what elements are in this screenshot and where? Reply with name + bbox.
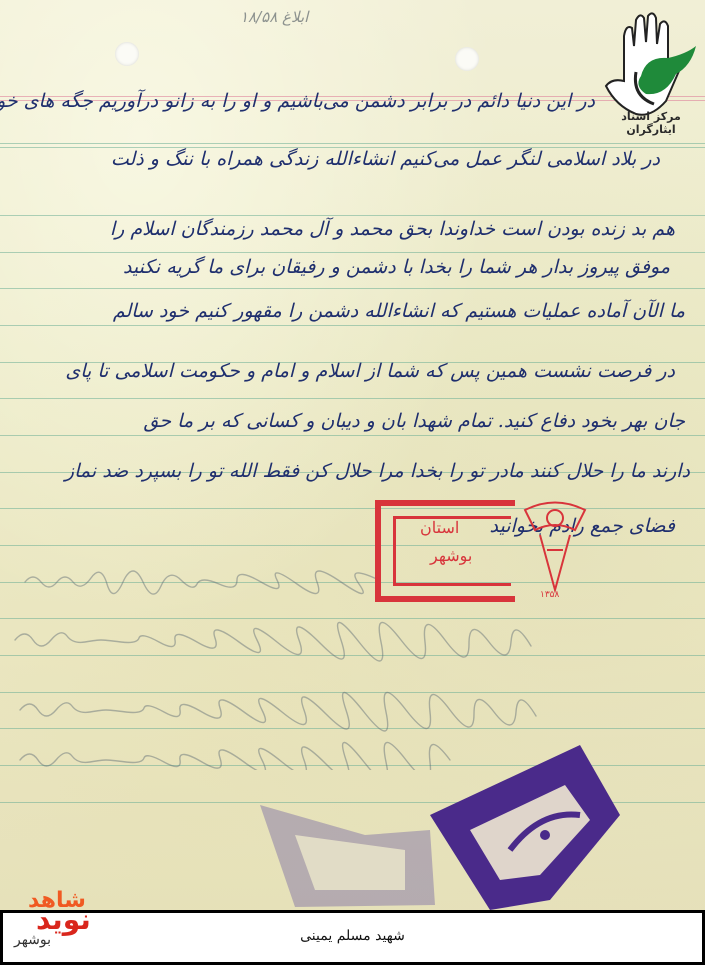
handwritten-line: در این دنیا دائم در برابر دشمن می‌باشیم … [0,90,595,112]
ruled-line [0,215,705,216]
brand-line-3: بوشهر [14,932,51,948]
ruled-line [0,143,705,144]
purple-stamp [430,740,630,910]
logo-caption: مرکز اسناد ایثارگران [598,110,704,136]
handwritten-line: هم بد زنده بودن است خداوندا بحق محمد و آ… [110,218,675,240]
brand-line-2: نوید [36,906,91,934]
handwritten-line: در فرصت نشست همین پس که شما از اسلام و ا… [65,360,675,382]
handwritten-line: در بلاد اسلامی لنگر عمل می‌کنیم انشاءالل… [111,148,660,170]
red-stamp: استان بوشهر ۱۳۵۸ [375,490,600,610]
handwritten-line: دارند ما را حلال کنند مادر تو را بخدا مر… [65,460,690,482]
page: ابلاغ ۱۸/۵۸ در این دنیا دائم در برابر دش… [0,0,705,965]
letter-scan: ابلاغ ۱۸/۵۸ در این دنیا دائم در برابر دش… [0,0,705,910]
stamp-text-bottom: بوشهر [430,546,472,565]
ruled-line [0,398,705,399]
handwritten-line: ما الآن آماده عملیات هستیم که انشاءالله … [113,300,685,322]
stamp-year: ۱۳۵۸ [540,590,559,600]
handwritten-line: جان بهر بخود دفاع کنید. تمام شهدا بان و … [144,410,685,432]
emblem-icon [515,490,595,605]
punch-hole [455,47,479,71]
caption-text: شهید مسلم یمینی [3,928,702,944]
ruled-line [0,325,705,326]
faded-purple-stamp [255,795,440,910]
ruled-line [0,252,705,253]
brand-logo: شاهد نوید بوشهر [14,890,94,955]
ruled-line [0,435,705,436]
caption-bar: شهید مسلم یمینی [0,910,705,965]
stamp-text-top: استان [420,518,459,537]
pencil-note: ابلاغ ۱۸/۵۸ [240,8,308,26]
handwritten-line: موفق پیروز بدار هر شما را بخدا با دشمن و… [123,256,670,278]
punch-hole [115,42,139,66]
caption-panel: شهید مسلم یمینی [3,913,702,962]
ruled-line [0,288,705,289]
